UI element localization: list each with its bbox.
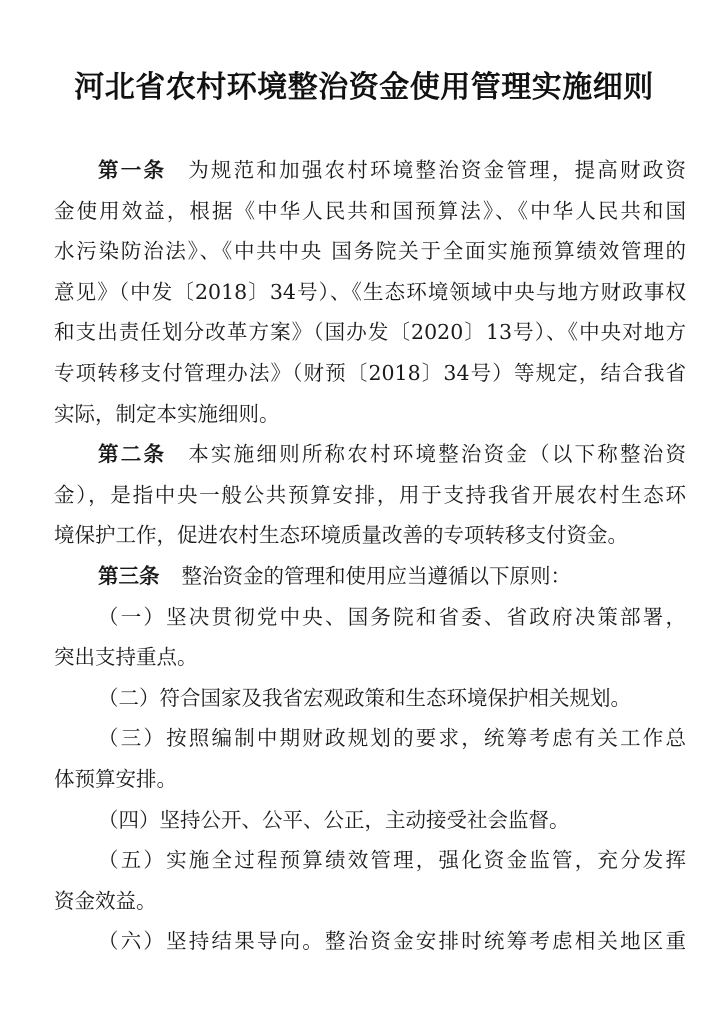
principle-5: （五）实施全过程预算绩效管理，强化资金监管，充分发挥	[54, 840, 686, 881]
article-3-line-1: 第三条整治资金的管理和使用应当遵循以下原则：	[54, 556, 686, 597]
text-line: 资金效益。	[54, 881, 686, 922]
document-title: 河北省农村环境整治资金使用管理实施细则	[0, 62, 728, 106]
article-1-line-1: 第一条为规范和加强农村环境整治资金管理，提高财政资	[54, 150, 686, 191]
text-line: 意见》（中发〔2018〕34号）、《生态环境领域中央与地方财政事权	[54, 272, 686, 313]
article-label: 第二条	[98, 442, 166, 466]
text-line: 境保护工作，促进农村生态环境质量改善的专项转移支付资金。	[54, 515, 686, 556]
article-2-line-1: 第二条本实施细则所称农村环境整治资金（以下称整治资	[54, 434, 686, 475]
text-line: 和支出责任划分改革方案》（国办发〔2020〕13号）、《中央对地方	[54, 312, 686, 353]
line-text: 为规范和加强农村环境整治资金管理，提高财政资	[188, 158, 686, 182]
article-label: 第三条	[98, 564, 160, 588]
text-line: 突出支持重点。	[54, 637, 686, 678]
principle-3: （三）按照编制中期财政规划的要求，统筹考虑有关工作总	[54, 718, 686, 759]
text-line: 专项转移支付管理办法》（财预〔2018〕34号）等规定，结合我省	[54, 353, 686, 394]
text-line: 水污染防治法》、《中共中央 国务院关于全面实施预算绩效管理的	[54, 231, 686, 272]
text-line: 实际，制定本实施细则。	[54, 394, 686, 435]
line-text: 本实施细则所称农村环境整治资金（以下称整治资	[188, 442, 686, 466]
principle-4: （四）坚持公开、公平、公正，主动接受社会监督。	[54, 800, 686, 841]
principle-6: （六）坚持结果导向。整治资金安排时统筹考虑相关地区重	[54, 921, 686, 962]
text-line: 体预算安排。	[54, 759, 686, 800]
article-label: 第一条	[98, 158, 166, 182]
line-text: 整治资金的管理和使用应当遵循以下原则：	[182, 564, 572, 588]
document-body: 第一条为规范和加强农村环境整治资金管理，提高财政资 金使用效益，根据《中华人民共…	[54, 150, 686, 962]
text-line: 金使用效益，根据《中华人民共和国预算法》、《中华人民共和国	[54, 191, 686, 232]
principle-1: （一）坚决贯彻党中央、国务院和省委、省政府决策部署，	[54, 597, 686, 638]
principle-2: （二）符合国家及我省宏观政策和生态环境保护相关规划。	[54, 678, 686, 719]
text-line: 金），是指中央一般公共预算安排，用于支持我省开展农村生态环	[54, 475, 686, 516]
